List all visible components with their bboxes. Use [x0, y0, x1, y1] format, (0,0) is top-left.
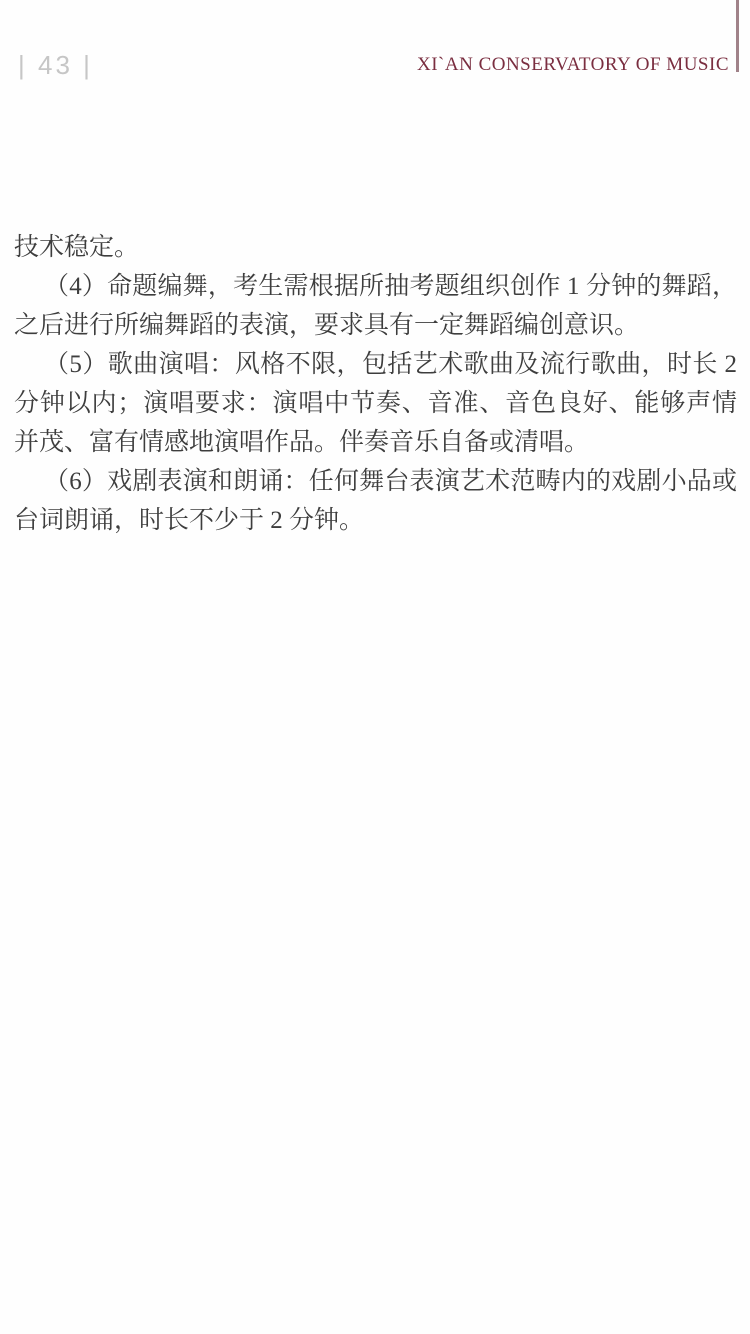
- header-accent-bar: [736, 0, 739, 72]
- body-content: 技术稳定。 （4）命题编舞，考生需根据所抽考题组织创作 1 分钟的舞蹈，之后进行…: [14, 228, 737, 540]
- page-number: | 43 |: [18, 50, 93, 81]
- paragraph-item-6: （6）戏剧表演和朗诵：任何舞台表演艺术范畴内的戏剧小品或台词朗诵，时长不少于 2…: [14, 462, 737, 540]
- paragraph-item-4: （4）命题编舞，考生需根据所抽考题组织创作 1 分钟的舞蹈，之后进行所编舞蹈的表…: [14, 267, 737, 345]
- document-page: | 43 | XI`AN CONSERVATORY OF MUSIC 技术稳定。…: [0, 0, 750, 1334]
- paragraph-continuation: 技术稳定。: [14, 228, 737, 267]
- paragraph-item-5: （5）歌曲演唱：风格不限，包括艺术歌曲及流行歌曲，时长 2 分钟以内；演唱要求：…: [14, 345, 737, 462]
- header-title: XI`AN CONSERVATORY OF MUSIC: [417, 54, 729, 76]
